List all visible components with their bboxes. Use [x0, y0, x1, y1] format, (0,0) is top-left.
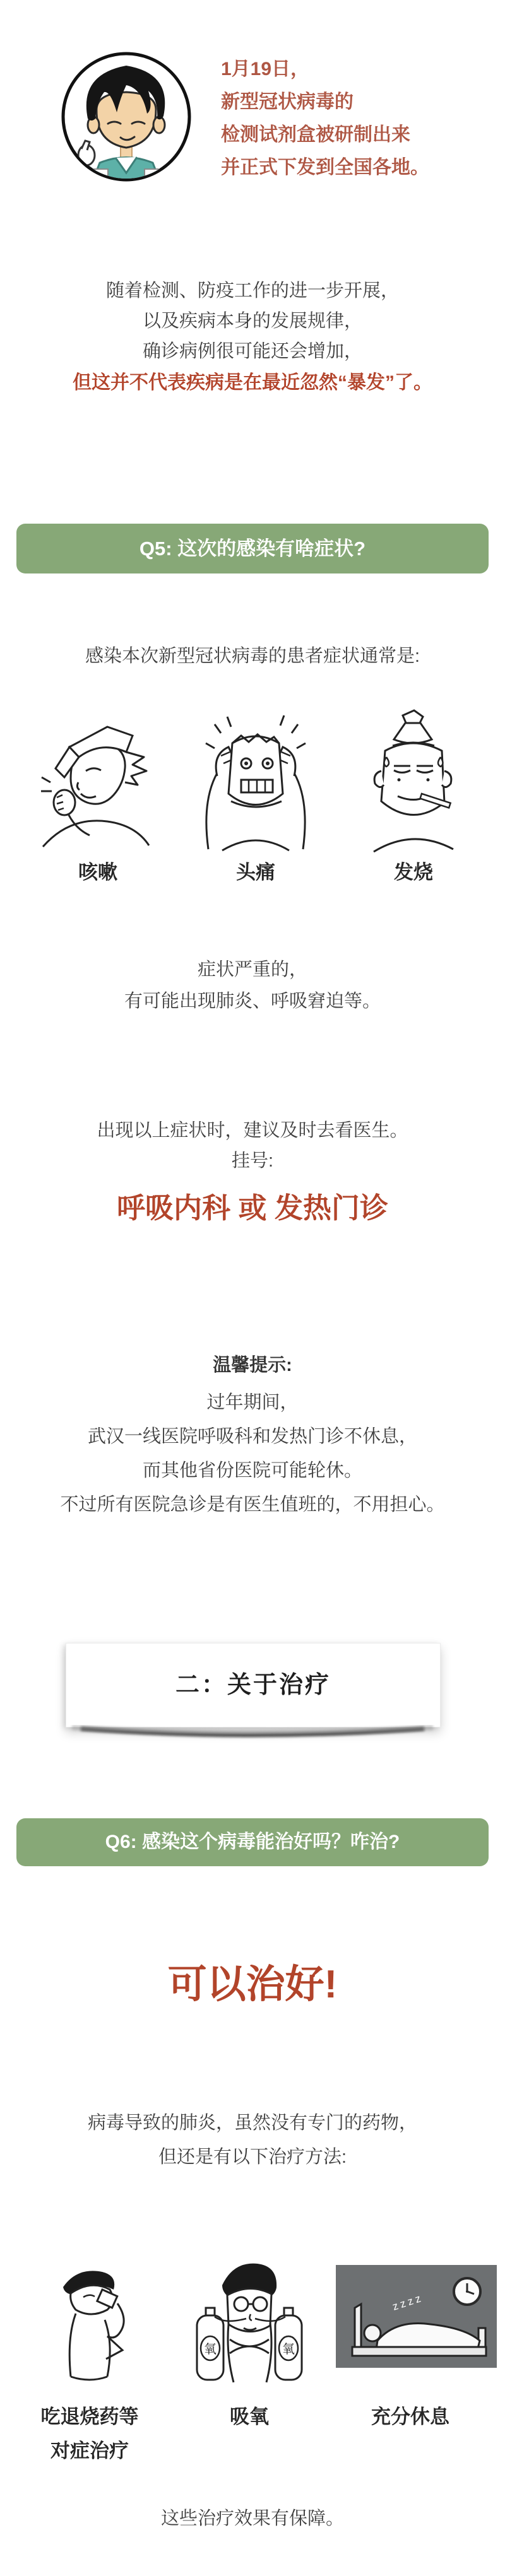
- q6-line: 病毒导致的肺炎，虽然没有专门的药物，: [0, 2106, 505, 2140]
- paragraph-line: 以及疾病本身的发展规律，: [0, 306, 505, 336]
- answer-heading: 可以治好!: [0, 1959, 505, 2011]
- paragraph: 随着检测、防疫工作的进一步开展， 以及疾病本身的发展规律， 确诊病例很可能还会增…: [0, 276, 505, 367]
- treatment-label-oxygen: 吸氧: [186, 2400, 312, 2434]
- intro-line: 检测试剂盒被研制出来: [221, 119, 492, 151]
- severe-line: 症状严重的，: [0, 954, 505, 985]
- severe-line: 有可能出现肺炎、呼吸窘迫等。: [0, 985, 505, 1017]
- rest-illustration: zzzz: [336, 2265, 497, 2368]
- infographic-page: 1月19日， 新型冠状病毒的 检测试剂盒被研制出来 并正式下发到全国各地。 随着…: [0, 0, 505, 2576]
- paragraph-line: 确诊病例很可能还会增加，: [0, 336, 505, 367]
- antipyretic-illustration: [39, 2262, 143, 2387]
- section-card-title: 二：关于治疗: [66, 1644, 440, 1727]
- q6-text: 病毒导致的肺炎，虽然没有专门的药物， 但还是有以下治疗方法:: [0, 2106, 505, 2174]
- tips-line: 而其他省份医院可能轮休。: [0, 1454, 505, 1488]
- tips-text: 过年期间， 武汉一线医院呼吸科和发热门诊不休息， 而其他省份医院可能轮休。 不过…: [0, 1385, 505, 1522]
- symptom-label-headache: 头痛: [193, 856, 319, 885]
- footer-text: 这些治疗效果有保障。: [0, 2506, 505, 2531]
- advice-line: 挂号:: [0, 1146, 505, 1176]
- advice-text: 出现以上症状时，建议及时去看医生。 挂号:: [0, 1115, 505, 1176]
- cough-illustration: [32, 708, 158, 852]
- treatment-label-line: 对症治疗: [27, 2434, 153, 2468]
- doctor-avatar-icon: [60, 49, 193, 184]
- intro-line: 1月19日，: [221, 53, 492, 86]
- treatment-label-line: 吃退烧药等: [27, 2400, 153, 2434]
- departments-heading: 呼吸内科 或 发热门诊: [0, 1191, 505, 1225]
- q5-intro: 感染本次新型冠状病毒的患者症状通常是:: [0, 646, 505, 666]
- oxygen-illustration: 氧 氧: [189, 2257, 309, 2389]
- treatment-label-rest: 充分休息: [347, 2400, 473, 2434]
- headache-illustration: [189, 705, 322, 852]
- tips-line: 过年期间，: [0, 1385, 505, 1420]
- severe-text: 症状严重的， 有可能出现肺炎、呼吸窘迫等。: [0, 954, 505, 1017]
- intro-line: 新型冠状病毒的: [221, 86, 492, 119]
- paragraph-line: 随着检测、防疫工作的进一步开展，: [0, 276, 505, 306]
- paragraph-emphasis: 但这并不代表疾病是在最近忽然“暴发”了。: [0, 369, 505, 397]
- section-card: 二：关于治疗: [66, 1643, 441, 1727]
- card-curl-shadow-icon: [66, 1725, 439, 1745]
- q6-line: 但还是有以下治疗方法:: [0, 2140, 505, 2174]
- tips-line: 武汉一线医院呼吸科和发热门诊不休息，: [0, 1420, 505, 1454]
- symptom-label-cough: 咳嗽: [35, 856, 161, 885]
- oxygen-tank-label: 氧: [204, 2342, 217, 2356]
- symptom-label-fever: 发烧: [350, 856, 477, 885]
- treatment-label-antipyretic: 吃退烧药等 对症治疗: [27, 2400, 153, 2468]
- q5-banner: Q5: 这次的感染有啥症状?: [16, 524, 489, 573]
- fever-illustration: [348, 708, 478, 853]
- q6-banner: Q6: 感染这个病毒能治好吗？咋治?: [16, 1818, 489, 1866]
- intro-line: 并正式下发到全国各地。: [221, 151, 492, 184]
- intro-avatar: [60, 49, 193, 184]
- tips-line: 不过所有医院急诊是有医生值班的，不用担心。: [0, 1488, 505, 1522]
- advice-line: 出现以上症状时，建议及时去看医生。: [0, 1115, 505, 1146]
- tips-title: 温馨提示:: [0, 1355, 505, 1375]
- intro-text: 1月19日， 新型冠状病毒的 检测试剂盒被研制出来 并正式下发到全国各地。: [221, 53, 492, 184]
- oxygen-tank-label: 氧: [282, 2342, 295, 2356]
